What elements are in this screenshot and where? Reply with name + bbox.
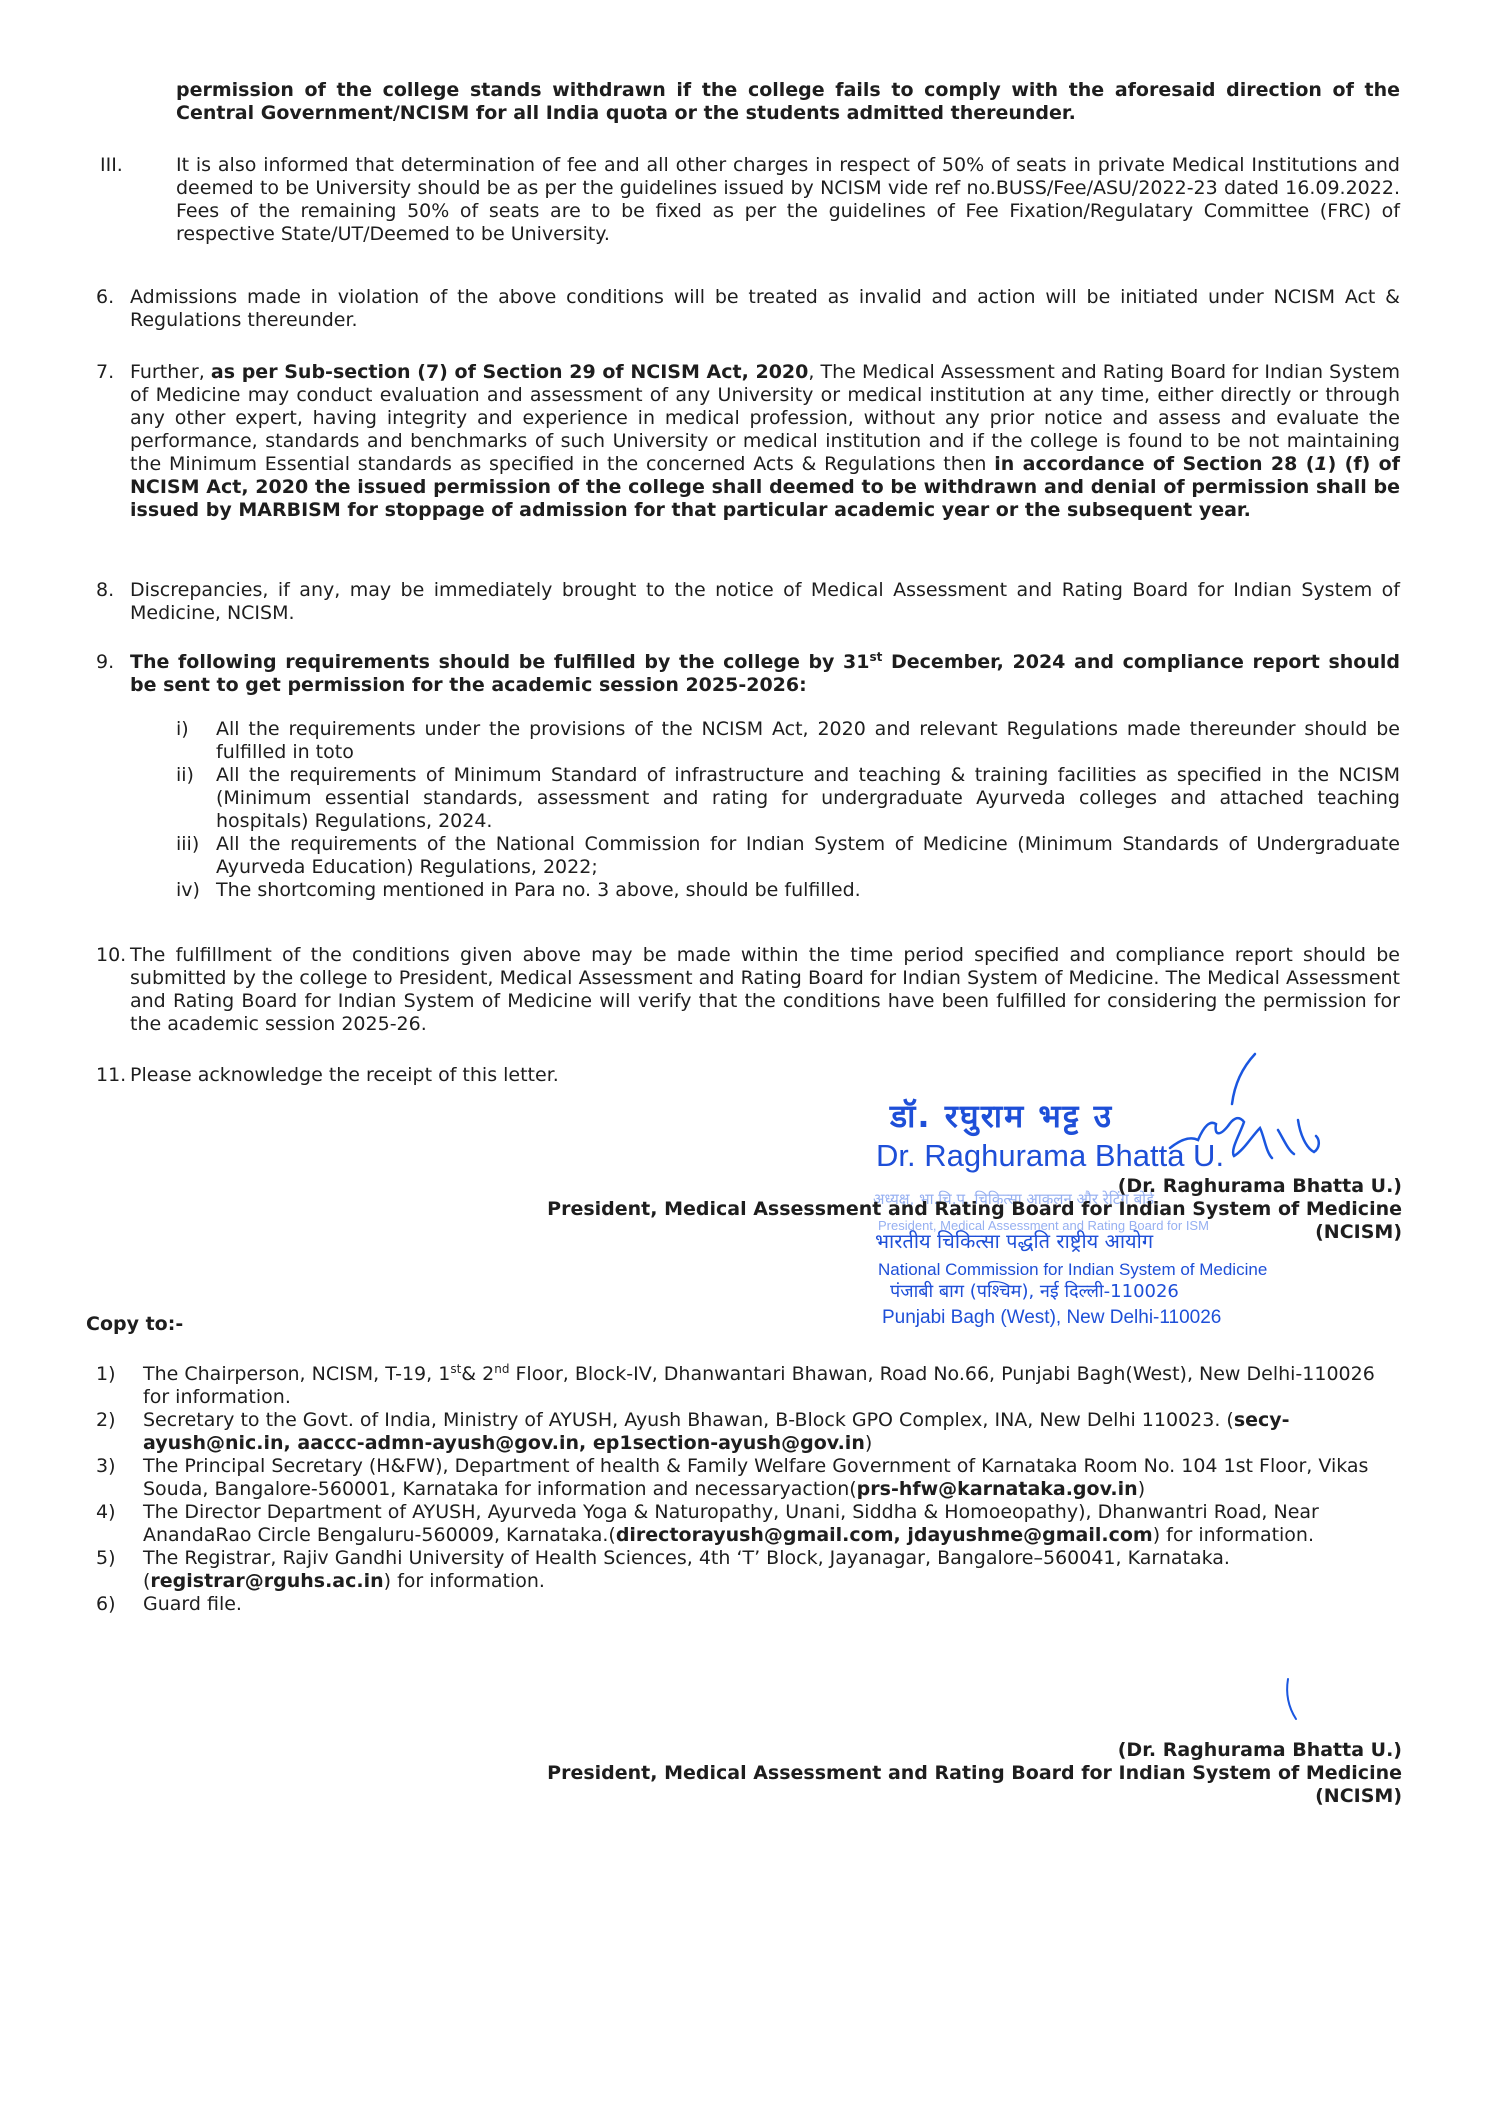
copy-to-number: 6) bbox=[96, 1593, 116, 1616]
signatory-org-2: (NCISM) bbox=[1315, 1785, 1402, 1808]
para-11-number: 11. bbox=[96, 1064, 126, 1087]
item-III-number: III. bbox=[100, 154, 123, 177]
para-6-number: 6. bbox=[96, 286, 114, 309]
para-9-text: The following requirements should be ful… bbox=[130, 651, 1400, 697]
copy-to-text: The Chairperson, NCISM, T-19, 1st& 2nd F… bbox=[143, 1363, 1406, 1409]
email-address: prs-hfw@karnataka.gov.in bbox=[857, 1478, 1138, 1500]
para-7-part1: Further, bbox=[130, 361, 211, 383]
para-7-bold1: as per Sub-section (7) of Section 29 of … bbox=[211, 361, 808, 383]
item-III-text: It is also informed that determination o… bbox=[176, 154, 1400, 246]
signatory-name-1: (Dr. Raghurama Bhatta U.) bbox=[1118, 1175, 1402, 1198]
stamp-english-address: Punjabi Bagh (West), New Delhi-110026 bbox=[882, 1306, 1221, 1329]
copy-to-number: 1) bbox=[96, 1363, 116, 1386]
signatory-name-2: (Dr. Raghurama Bhatta U.) bbox=[1118, 1739, 1402, 1762]
signatory-designation-1: President, Medical Assessment and Rating… bbox=[547, 1198, 1402, 1221]
para-7-bold2a: in accordance of Section 28 ( bbox=[994, 453, 1314, 475]
requirement-number: iv) bbox=[176, 879, 200, 902]
signatory-org-1: (NCISM) bbox=[1315, 1221, 1402, 1244]
para-7-number: 7. bbox=[96, 361, 114, 384]
email-address: registrar@rguhs.ac.in bbox=[150, 1570, 383, 1592]
copy-to-number: 5) bbox=[96, 1547, 116, 1570]
para-7-text: Further, as per Sub-section (7) of Secti… bbox=[130, 361, 1400, 522]
signatory-designation-2: President, Medical Assessment and Rating… bbox=[547, 1762, 1402, 1785]
para-10-number: 10. bbox=[96, 944, 126, 967]
stamp-hindi-commission: भारतीय चिकित्सा पद्धति राष्ट्रीय आयोग bbox=[875, 1230, 1153, 1253]
requirement-text: All the requirements of the National Com… bbox=[216, 833, 1400, 879]
para-9-text-a: The following requirements should be ful… bbox=[130, 651, 870, 673]
requirement-number: i) bbox=[176, 718, 189, 741]
stamp-hindi-address: पंजाबी बाग (पश्चिम), नई दिल्ली-110026 bbox=[890, 1280, 1179, 1303]
requirement-text: All the requirements of Minimum Standard… bbox=[216, 764, 1400, 833]
para-6-text: Admissions made in violation of the abov… bbox=[130, 286, 1400, 332]
para-9-number: 9. bbox=[96, 651, 114, 674]
para-8-text: Discrepancies, if any, may be immediatel… bbox=[130, 579, 1400, 625]
letter-page: permission of the college stands withdra… bbox=[0, 0, 1488, 2103]
copy-to-text: The Registrar, Rajiv Gandhi University o… bbox=[143, 1547, 1406, 1593]
stamp-english-commission: National Commission for Indian System of… bbox=[878, 1258, 1267, 1281]
signature-scribble bbox=[1160, 1040, 1330, 1170]
para-7-bold2-italic: 1 bbox=[1314, 453, 1327, 475]
email-address: directorayush@gmail.com, jdayushme@gmail… bbox=[616, 1524, 1153, 1546]
requirement-number: iii) bbox=[176, 833, 199, 856]
copy-to-number: 2) bbox=[96, 1409, 116, 1432]
para-9-sup: st bbox=[870, 650, 883, 664]
para-11-text: Please acknowledge the receipt of this l… bbox=[130, 1064, 1030, 1087]
requirement-number: ii) bbox=[176, 764, 194, 787]
stamp-hindi-name: डॉ. रघुराम भट्ट उ bbox=[890, 1105, 1113, 1128]
requirement-text: The shortcoming mentioned in Para no. 3 … bbox=[216, 879, 1400, 902]
para-8-number: 8. bbox=[96, 579, 114, 602]
copy-to-text: Guard file. bbox=[143, 1593, 1406, 1616]
carryover-paragraph: permission of the college stands withdra… bbox=[176, 79, 1400, 125]
para-10-text: The fulfillment of the conditions given … bbox=[130, 944, 1400, 1036]
copy-to-number: 4) bbox=[96, 1501, 116, 1524]
copy-to-text: The Principal Secretary (H&FW), Departme… bbox=[143, 1455, 1406, 1501]
requirement-text: All the requirements under the provision… bbox=[216, 718, 1400, 764]
signature-initial bbox=[1282, 1675, 1306, 1725]
copy-to-text: The Director Department of AYUSH, Ayurve… bbox=[143, 1501, 1406, 1547]
copy-to-heading: Copy to:- bbox=[86, 1313, 183, 1336]
copy-to-text: Secretary to the Govt. of India, Ministr… bbox=[143, 1409, 1406, 1455]
copy-to-number: 3) bbox=[96, 1455, 116, 1478]
